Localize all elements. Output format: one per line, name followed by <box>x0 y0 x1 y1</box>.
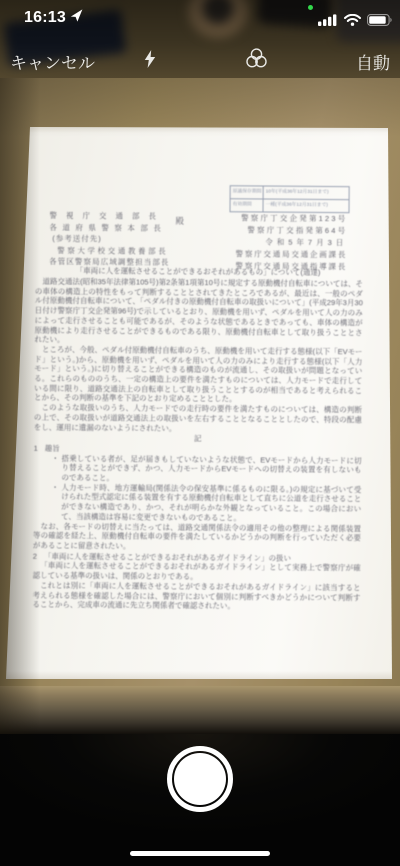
filters-three-circles-icon <box>245 48 268 74</box>
approval-stamp-box: 原議保存期間 10年(平成36年12月31日まで) 有効期間 一種(平成36年1… <box>229 185 349 213</box>
addressee-line: 警視庁交通部長 <box>49 210 169 223</box>
section-title: 趣旨 <box>45 444 60 454</box>
filter-button[interactable] <box>243 48 269 74</box>
cancel-button[interactable]: キャンセル <box>10 49 95 74</box>
sender-line: 警察庁丁交指発第64号 <box>236 224 348 237</box>
shutter-button[interactable] <box>167 746 233 812</box>
home-indicator[interactable] <box>130 851 270 856</box>
paragraph: これとは別に「車両に人を運転させることができるおそれがあるガイドライン」に該当す… <box>32 580 360 612</box>
bullet-item: ・ 人力モード時、地方運輸局(関係法令の保安基準に係るものに限る。)の規定に基づ… <box>51 483 361 524</box>
addressee-line: 各道府県警察本部長 <box>49 221 169 234</box>
location-arrow-icon <box>70 9 83 27</box>
cellular-signal-icon <box>318 13 338 31</box>
clock: 16:13 <box>24 9 66 27</box>
document-body: 道路交通法(昭和35年法律第105号)第2条第1項第10号に規定する原動機付自転… <box>32 277 363 679</box>
camera-document-scan-screen: 16:13 <box>0 0 400 866</box>
addressee-line: 警察大学校交通教養部長 <box>49 245 169 258</box>
wifi-icon <box>344 13 361 31</box>
paper-document: 警視庁交通部長 各道府県警察本部長 (参考送付先) 警察大学校交通教養部長 各管… <box>6 127 392 679</box>
bullet-marker: ・ <box>51 483 59 493</box>
addressee-block: 警視庁交通部長 各道府県警察本部長 (参考送付先) 警察大学校交通教養部長 各管… <box>49 210 170 269</box>
paragraph: 道路交通法(昭和35年法律第105号)第2条第1項第10号に規定する原動機付自転… <box>34 277 363 347</box>
bullet-text: 人力モード時、地方運輸局(関係法令の保安基準に係るものに限る。)の規定に基づいて… <box>61 483 361 523</box>
camera-viewfinder[interactable]: 警視庁交通部長 各道府県警察本部長 (参考送付先) 警察大学校交通教養部長 各管… <box>0 78 400 734</box>
flash-bolt-icon <box>144 50 156 73</box>
honorific: 殿 <box>175 217 184 227</box>
addressee-line: (参考送付先) <box>49 233 169 246</box>
status-bar: 16:13 <box>0 0 400 44</box>
camera-in-use-indicator <box>308 5 313 10</box>
sender-block: 警察庁丁交企発第123号 警察庁丁交指発第64号 令和5年7月3日 警察庁交通局… <box>235 212 347 273</box>
stamp-cell: 有効期間 <box>231 199 264 212</box>
desk-front-edge <box>0 686 400 734</box>
note-paragraph: なお、各モードの切替えに当たっては、道路交通関係法令の適用その他の整理による関係… <box>33 521 361 553</box>
camera-toolbar: キャンセル 自動 <box>0 44 400 78</box>
bullet-text: 搭乗している者が、足が届きもしていないような状態で、EVモードから人力モードに切… <box>61 454 361 483</box>
battery-icon <box>367 13 393 31</box>
flash-button[interactable] <box>138 48 162 74</box>
stamp-cell: 原議保存期間 <box>231 186 264 199</box>
stamp-cell: 10年(平成36年12月31日まで) <box>264 187 349 200</box>
paragraph: このような取扱いのうち、人力モードでの走行時の要件を満たすものについては、構造の… <box>34 403 362 435</box>
sender-line: 令和5年7月3日 <box>236 236 348 249</box>
capture-panel <box>0 734 400 866</box>
shutter-inner-circle <box>174 753 226 805</box>
paragraph: 「車両に人を運転させることができるおそれがあるガイドライン」として実務上で警察庁… <box>33 561 361 583</box>
bullet-marker: ・ <box>52 454 60 464</box>
stamp-cell: 一種(平成36年12月31日まで) <box>264 199 349 212</box>
auto-mode-button[interactable]: 自動 <box>356 49 390 74</box>
sender-line: 警察庁丁交企発第123号 <box>236 212 348 225</box>
sender-line: 警察庁交通局交通企画課長 <box>236 248 348 261</box>
document-content: 警視庁交通部長 各道府県警察本部長 (参考送付先) 警察大学校交通教養部長 各管… <box>4 125 394 680</box>
bullet-item: ・ 搭乗している者が、足が届きもしていないような状態で、EVモードから人力モード… <box>51 454 361 486</box>
section-number: 1 <box>34 444 38 454</box>
section-number: 2 <box>33 551 37 561</box>
paragraph: ところが、今般、ペダル付原動機付自転車のうち、原動機を用いて走行する態様(以下「… <box>34 345 362 406</box>
